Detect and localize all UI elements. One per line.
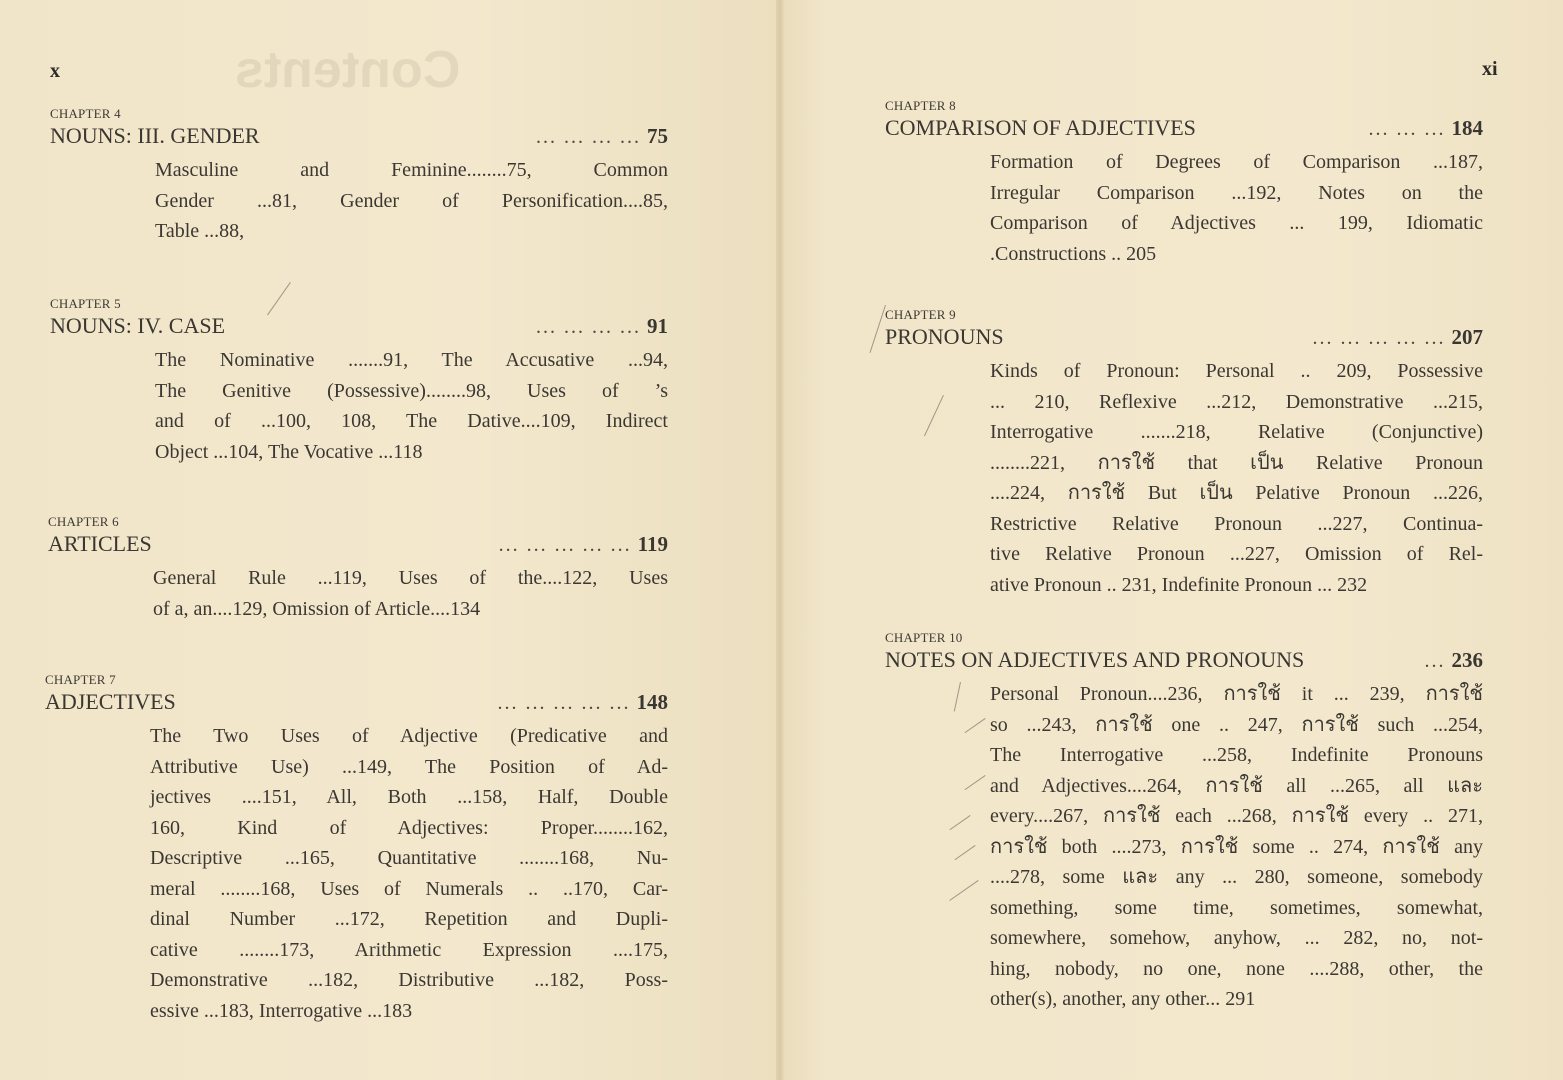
subtopic-line: การใช้ both ....273, การใช้ some .. 274,… xyxy=(990,832,1483,863)
subtopic-list: Masculine and Feminine........75, Common… xyxy=(155,155,668,247)
subtopic-line: something, some time, sometimes, somewha… xyxy=(990,893,1483,924)
dot-leader: ... ... ... ... ... xyxy=(176,689,637,717)
chapter-page-number[interactable]: 75 xyxy=(647,122,668,150)
dot-leader: ... xyxy=(1304,647,1451,675)
subtopic-line: Comparison of Adjectives ... 199, Idioma… xyxy=(990,208,1483,239)
chapter-page-number[interactable]: 91 xyxy=(647,312,668,340)
chapter-title-row[interactable]: COMPARISON OF ADJECTIVES... ... ...184 xyxy=(885,114,1483,143)
chapter-title[interactable]: NOUNS: III. GENDER xyxy=(50,122,260,150)
subtopic-line: General Rule ...119, Uses of the....122,… xyxy=(153,563,668,594)
subtopic-line: Table ...88, xyxy=(155,216,668,247)
right-page: xi CHAPTER 8COMPARISON OF ADJECTIVES... … xyxy=(780,0,1563,1080)
subtopic-line: The Genitive (Possessive)........98, Use… xyxy=(155,376,668,407)
subtopic-line: Formation of Degrees of Comparison ...18… xyxy=(990,147,1483,178)
chapter-page-number[interactable]: 184 xyxy=(1452,114,1484,142)
chapter-label: CHAPTER 5 xyxy=(50,296,668,312)
chapter-label: CHAPTER 6 xyxy=(48,514,668,530)
chapter-title-row[interactable]: NOUNS: III. GENDER... ... ... ...75 xyxy=(50,122,668,151)
subtopic-line: meral ........168, Uses of Numerals .. .… xyxy=(150,874,668,905)
dot-leader: ... ... ... ... xyxy=(225,313,647,341)
subtopic-line: Demonstrative ...182, Distributive ...18… xyxy=(150,965,668,996)
subtopic-line: Object ...104, The Vocative ...118 xyxy=(155,437,668,468)
subtopic-list: Kinds of Pronoun: Personal .. 209, Posse… xyxy=(990,356,1483,600)
subtopic-line: somewhere, somehow, anyhow, ... 282, no,… xyxy=(990,923,1483,954)
subtopic-line: other(s), another, any other... 291 xyxy=(990,984,1483,1015)
subtopic-line: 160, Kind of Adjectives: Proper........1… xyxy=(150,813,668,844)
page-number: x xyxy=(50,60,60,83)
subtopic-list: Formation of Degrees of Comparison ...18… xyxy=(990,147,1483,269)
chapter-page-number[interactable]: 119 xyxy=(638,530,668,558)
chapter-title-row[interactable]: NOUNS: IV. CASE... ... ... ...91 xyxy=(50,312,668,341)
subtopic-line: essive ...183, Interrogative ...183 xyxy=(150,996,668,1027)
subtopic-line: cative ........173, Arithmetic Expressio… xyxy=(150,935,668,966)
subtopic-list: Personal Pronoun....236, การใช้ it ... 2… xyxy=(990,679,1483,1015)
bleed-through-title: Contents xyxy=(235,40,460,100)
toc-entry: CHAPTER 10NOTES ON ADJECTIVES AND PRONOU… xyxy=(885,630,1483,1015)
chapter-title-row[interactable]: PRONOUNS... ... ... ... ...207 xyxy=(885,323,1483,352)
chapter-label: CHAPTER 9 xyxy=(885,307,1483,323)
subtopic-line: and of ...100, 108, The Dative....109, I… xyxy=(155,406,668,437)
toc-entry: CHAPTER 5NOUNS: IV. CASE... ... ... ...9… xyxy=(50,296,668,467)
subtopic-line: every....267, การใช้ each ...268, การใช้… xyxy=(990,801,1483,832)
subtopic-line: ... 210, Reflexive ...212, Demonstrative… xyxy=(990,387,1483,418)
chapter-label: CHAPTER 8 xyxy=(885,98,1483,114)
subtopic-line: The Nominative .......91, The Accusative… xyxy=(155,345,668,376)
subtopic-line: Gender ...81, Gender of Personification.… xyxy=(155,186,668,217)
chapter-title-row[interactable]: NOTES ON ADJECTIVES AND PRONOUNS...236 xyxy=(885,646,1483,675)
chapter-title[interactable]: ADJECTIVES xyxy=(45,688,176,716)
toc-entry: CHAPTER 9PRONOUNS... ... ... ... ...207K… xyxy=(885,307,1483,600)
toc-entry: CHAPTER 8COMPARISON OF ADJECTIVES... ...… xyxy=(885,98,1483,269)
chapter-title[interactable]: COMPARISON OF ADJECTIVES xyxy=(885,114,1196,142)
chapter-page-number[interactable]: 236 xyxy=(1452,646,1484,674)
subtopic-line: of a, an....129, Omission of Article....… xyxy=(153,594,668,625)
subtopic-line: hing, nobody, no one, none ....288, othe… xyxy=(990,954,1483,985)
chapter-title[interactable]: NOUNS: IV. CASE xyxy=(50,312,225,340)
subtopic-line: The Two Uses of Adjective (Predicative a… xyxy=(150,721,668,752)
subtopic-line: Interrogative .......218, Relative (Conj… xyxy=(990,417,1483,448)
subtopic-list: The Two Uses of Adjective (Predicative a… xyxy=(150,721,668,1026)
chapter-title[interactable]: NOTES ON ADJECTIVES AND PRONOUNS xyxy=(885,646,1304,674)
subtopic-line: Irregular Comparison ...192, Notes on th… xyxy=(990,178,1483,209)
toc-entry: CHAPTER 4NOUNS: III. GENDER... ... ... .… xyxy=(50,106,668,247)
chapter-page-number[interactable]: 148 xyxy=(637,688,669,716)
dot-leader: ... ... ... ... ... xyxy=(152,531,638,559)
chapter-label: CHAPTER 4 xyxy=(50,106,668,122)
chapter-title[interactable]: PRONOUNS xyxy=(885,323,1004,351)
subtopic-line: and Adjectives....264, การใช้ all ...265… xyxy=(990,771,1483,802)
subtopic-line: ....224, การใช้ But เป็น Pelative Pronou… xyxy=(990,478,1483,509)
dot-leader: ... ... ... xyxy=(1196,115,1452,143)
subtopic-line: Masculine and Feminine........75, Common xyxy=(155,155,668,186)
chapter-title-row[interactable]: ARTICLES... ... ... ... ...119 xyxy=(48,530,668,559)
dot-leader: ... ... ... ... ... xyxy=(1004,324,1452,352)
subtopic-line: Kinds of Pronoun: Personal .. 209, Posse… xyxy=(990,356,1483,387)
toc-entry: CHAPTER 7ADJECTIVES... ... ... ... ...14… xyxy=(45,672,668,1026)
chapter-title-row[interactable]: ADJECTIVES... ... ... ... ...148 xyxy=(45,688,668,717)
subtopic-line: dinal Number ...172, Repetition and Dupl… xyxy=(150,904,668,935)
subtopic-list: General Rule ...119, Uses of the....122,… xyxy=(153,563,668,624)
subtopic-line: tive Relative Pronoun ...227, Omission o… xyxy=(990,539,1483,570)
subtopic-list: The Nominative .......91, The Accusative… xyxy=(155,345,668,467)
page-number: xi xyxy=(1482,58,1498,81)
subtopic-line: so ...243, การใช้ one .. 247, การใช้ suc… xyxy=(990,710,1483,741)
subtopic-line: ative Pronoun .. 231, Indefinite Pronoun… xyxy=(990,570,1483,601)
left-page: Contents x CHAPTER 4NOUNS: III. GENDER..… xyxy=(0,0,780,1080)
chapter-label: CHAPTER 10 xyxy=(885,630,1483,646)
subtopic-line: .Constructions .. 205 xyxy=(990,239,1483,270)
chapter-page-number[interactable]: 207 xyxy=(1452,323,1484,351)
book-spread: Contents x CHAPTER 4NOUNS: III. GENDER..… xyxy=(0,0,1563,1080)
subtopic-line: Attributive Use) ...149, The Position of… xyxy=(150,752,668,783)
chapter-label: CHAPTER 7 xyxy=(45,672,668,688)
subtopic-line: ....278, some และ any ... 280, someone, … xyxy=(990,862,1483,893)
chapter-title[interactable]: ARTICLES xyxy=(48,530,152,558)
subtopic-line: ........221, การใช้ that เป็น Relative P… xyxy=(990,448,1483,479)
book-gutter xyxy=(776,0,784,1080)
subtopic-line: Descriptive ...165, Quantitative .......… xyxy=(150,843,668,874)
subtopic-line: Restrictive Relative Pronoun ...227, Con… xyxy=(990,509,1483,540)
toc-entry: CHAPTER 6ARTICLES... ... ... ... ...119G… xyxy=(48,514,668,624)
subtopic-line: Personal Pronoun....236, การใช้ it ... 2… xyxy=(990,679,1483,710)
dot-leader: ... ... ... ... xyxy=(260,123,647,151)
subtopic-line: jectives ....151, All, Both ...158, Half… xyxy=(150,782,668,813)
subtopic-line: The Interrogative ...258, Indefinite Pro… xyxy=(990,740,1483,771)
